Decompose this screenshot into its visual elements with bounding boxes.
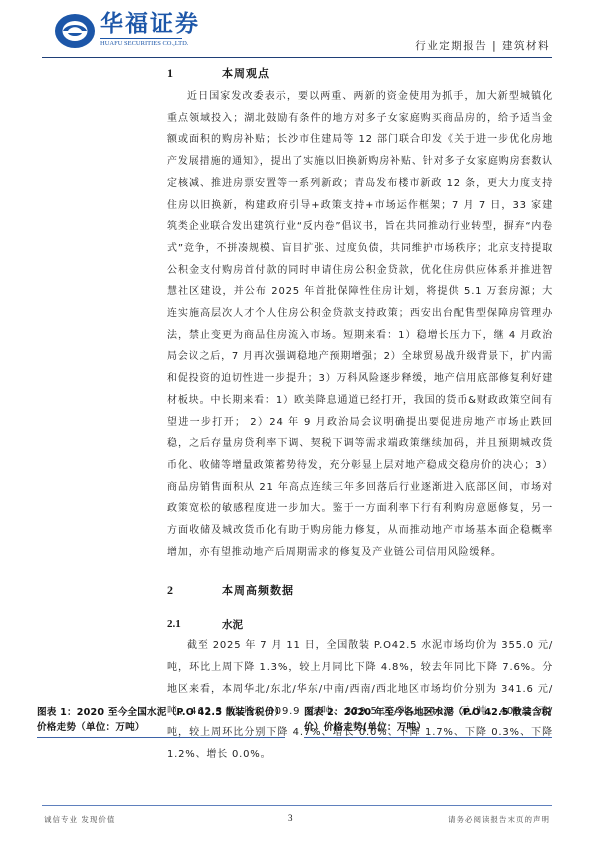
footer-divider [42, 805, 552, 806]
page-header: 华福证券 HUAFU SECURITIES CO.,LTD. 行业定期报告 | … [42, 0, 552, 58]
company-logo: 华福证券 HUAFU SECURITIES CO.,LTD. [54, 11, 234, 51]
section-number: 2 [167, 583, 222, 598]
section-number: 1 [167, 66, 222, 81]
section-title: 本周高频数据 [222, 582, 294, 598]
subsection-title: 水泥 [222, 617, 243, 632]
cement-paragraph: 截至 2025 年 7 月 11 日，全国散装 P.O42.5 水泥市场均价为 … [167, 635, 553, 765]
logo-english-name: HUAFU SECURITIES CO.,LTD. [100, 38, 182, 47]
figure-caption-1: 图表 1：2020 至今全国水泥（P.O 42.5 散装含税价）价格走势（单位：… [37, 705, 285, 738]
figure-captions: 图表 1：2020 至今全国水泥（P.O 42.5 散装含税价）价格走势（单位：… [37, 705, 552, 738]
page-number: 3 [288, 813, 293, 823]
weekly-view-paragraph: 近日国家发改委表示，要以两重、两新的资金使用为抓手，加大新型城镇化重点领域投入；… [167, 86, 553, 563]
footer-disclaimer: 请务必阅读报告末页的声明 [448, 814, 550, 825]
section-heading-1: 1 本周观点 [167, 62, 553, 84]
figure-caption-2: 图表 2：2020 年至今各地区水泥（P.O 42.5 散装含税价）价格走势(单… [304, 705, 552, 738]
logo-chinese-name: 华福证券 [100, 11, 200, 37]
main-content: 1 本周观点 近日国家发改委表示，要以两重、两新的资金使用为抓手，加大新型城镇化… [167, 62, 553, 766]
page-footer: 诚信专业 发现价值 3 请务必阅读报告末页的声明 [42, 812, 552, 828]
subsection-number: 2.1 [167, 618, 222, 630]
huafu-logo-icon [54, 13, 96, 49]
report-category: 行业定期报告 | 建筑材料 [415, 38, 550, 53]
footer-slogan: 诚信专业 发现价值 [44, 814, 115, 825]
subsection-heading-2-1: 2.1 水泥 [167, 613, 553, 635]
section-title: 本周观点 [222, 65, 270, 81]
section-heading-2: 2 本周高频数据 [167, 579, 553, 601]
